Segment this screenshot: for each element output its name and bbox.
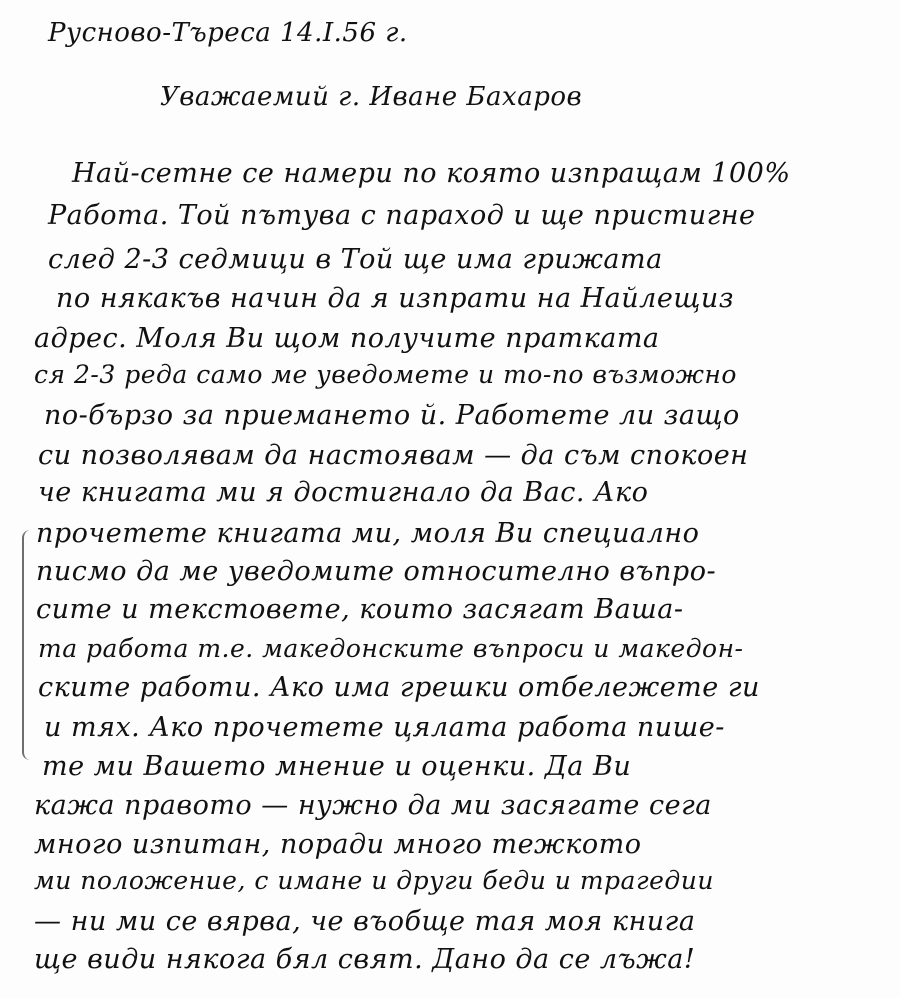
body-line: ските работи. Ако има грешки отбележете … <box>38 672 760 703</box>
body-line: прочетете книгата ми, моля Ви специално <box>36 518 699 549</box>
body-line: писмо да ме уведомите относително въпро- <box>36 556 716 587</box>
body-line: че книгата ми я достигнало да Вас. Ако <box>38 477 648 508</box>
letter-page: Русново-Търеса 14.I.56 г. Уважаемий г. И… <box>0 0 900 998</box>
body-line: ще види някога бял свят. Дано да се лъжа… <box>34 944 695 975</box>
body-line: ся 2-3 реда само ме уведомете и то-по въ… <box>34 360 737 389</box>
body-line: Работа. Той пътува с параход и ще присти… <box>48 200 756 231</box>
body-line: — ни ми се вярва, че въобще тая моя книг… <box>34 906 695 937</box>
letter-salutation: Уважаемий г. Иване Бахаров <box>160 82 582 112</box>
body-line: Най-сетне се намери по която изпращам 10… <box>72 158 790 189</box>
body-line: след 2-3 седмици в Той ще има грижата <box>48 244 663 275</box>
body-line: и тях. Ако прочетете цялата работа пише- <box>44 712 725 743</box>
body-line: много изпитан, поради много тежкото <box>34 829 641 860</box>
letter-header: Русново-Търеса 14.I.56 г. <box>48 18 408 48</box>
margin-bracket-mark <box>22 530 38 760</box>
body-line: по някакъв начин да я изпрати на Найлещи… <box>56 283 734 314</box>
body-line: адрес. Моля Ви щом получите пратката <box>34 323 660 354</box>
body-line: по-бързо за приемането й. Работете ли за… <box>44 400 740 431</box>
body-line: ми положение, с имане и други беди и тра… <box>34 866 714 895</box>
body-line: сите и текстовете, които засягат Ваша- <box>36 594 683 625</box>
body-line: си позволявам да настоявам — да съм спок… <box>38 440 748 471</box>
body-line: кажа правото — нужно да ми засягате сега <box>34 790 712 821</box>
body-line: та работа т.е. македонските въпроси и ма… <box>38 634 744 663</box>
body-line: те ми Вашето мнение и оценки. Да Ви <box>42 751 631 782</box>
